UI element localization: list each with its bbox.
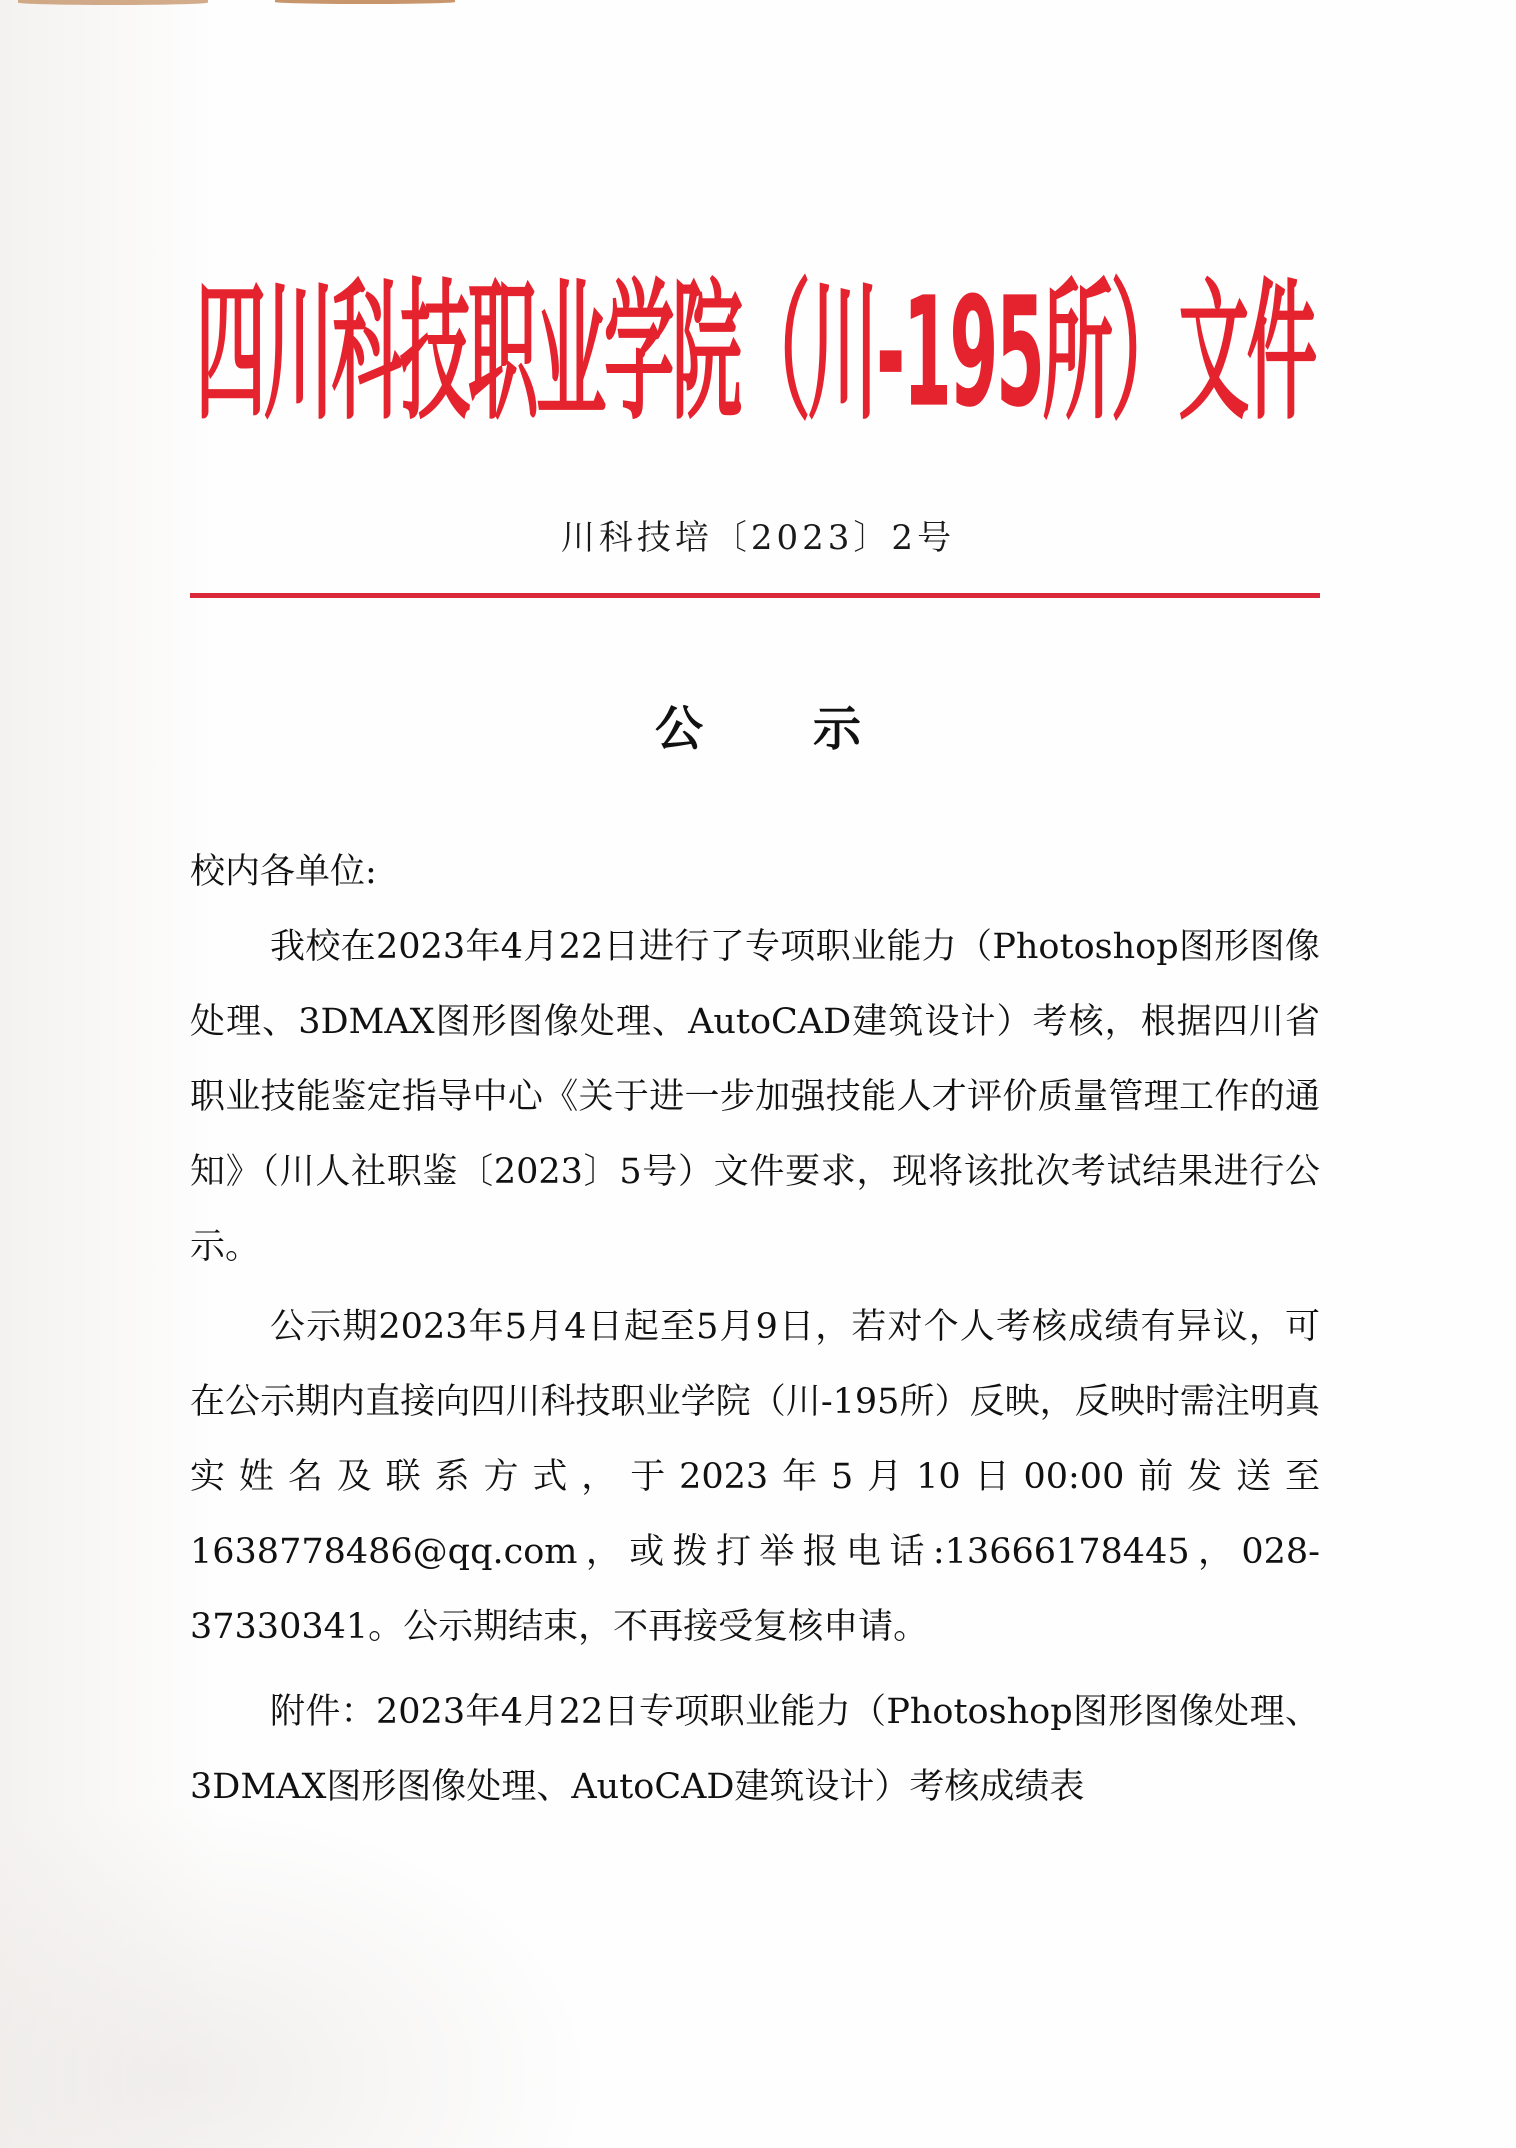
attachment-line: 附件：2023年4月22日专项职业能力（Photoshop图形图像处理、3DMA… bbox=[190, 1675, 1320, 1825]
document-body: 校内各单位: 我校在2023年4月22日进行了专项职业能力（Photoshop图… bbox=[190, 835, 1320, 1825]
paper-shadow-bottom bbox=[0, 1800, 600, 2148]
binder-clip-edge bbox=[275, 0, 455, 4]
paragraph-announcement: 我校在2023年4月22日进行了专项职业能力（Photoshop图形图像处理、3… bbox=[190, 910, 1320, 1285]
document-number: 川科技培〔2023〕2号 bbox=[0, 510, 1516, 559]
header-red-divider bbox=[190, 593, 1320, 598]
header-title-text: 四川科技职业学院（川-195所）文件 bbox=[195, 231, 1314, 448]
salutation: 校内各单位: bbox=[190, 835, 1320, 910]
paper-shadow-left bbox=[0, 0, 220, 2148]
document-header-title: 四川科技职业学院（川-195所）文件 bbox=[190, 240, 1320, 440]
binder-clip-edge bbox=[18, 0, 208, 5]
paragraph-objection-period: 公示期2023年5月4日起至5月9日，若对个人考核成绩有异议，可在公示期内直接向… bbox=[190, 1290, 1320, 1665]
notice-title: 公示 bbox=[0, 690, 1516, 759]
